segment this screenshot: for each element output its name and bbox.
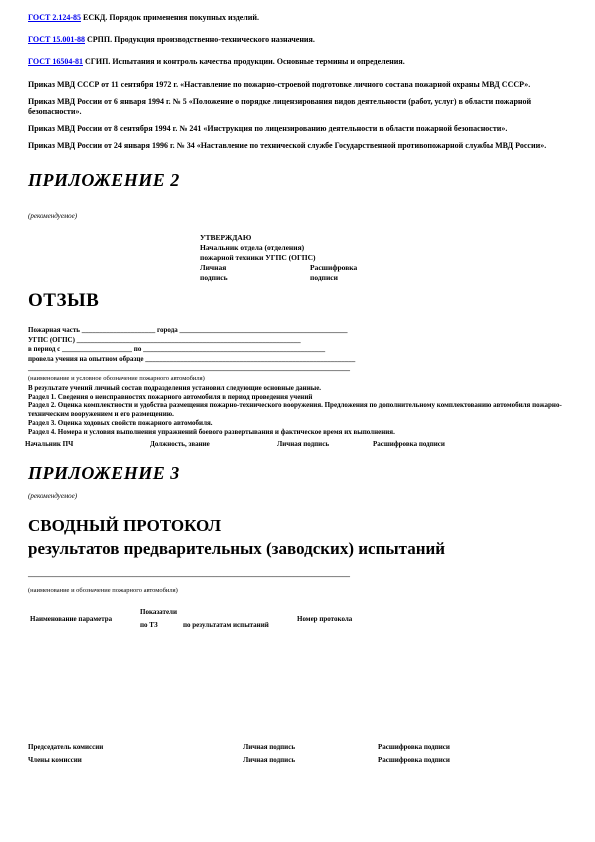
approval-sign-row: Личная Расшифровка (200, 263, 460, 273)
appendix3-title: ПРИЛОЖЕНИЕ 3 (28, 463, 180, 484)
order-paragraph: Приказ МВД России от 24 января 1996 г. №… (28, 141, 573, 151)
members-label: Члены комиссии (28, 756, 82, 764)
signer-role-label: Начальник ПЧ (25, 440, 73, 448)
personal-signature-label: Личная подпись (243, 743, 295, 751)
protocol-heading-line2: результатов предварительных (заводских) … (28, 539, 573, 558)
column-test-results: по результатам испытаний (183, 621, 269, 629)
personal-signature-label: Личная (200, 263, 226, 272)
vehicle-caption: (наименование и условное обозначение пож… (28, 375, 205, 382)
section-1: Раздел 1. Сведения о неисправностях пожа… (28, 393, 576, 402)
gost-2124-link[interactable]: ГОСТ 2.124-85 (28, 13, 81, 22)
approval-stamp: УТВЕРЖДАЮ (200, 233, 460, 243)
column-tz: по ТЗ (140, 621, 158, 629)
form-line-blank: ________________________________________… (28, 364, 580, 374)
protocol-heading-line1: СВОДНЫЙ ПРОТОКОЛ (28, 516, 573, 535)
approval-line: пожарной техники УГПС (ОГПС) (200, 253, 460, 263)
appendix2-title: ПРИЛОЖЕНИЕ 2 (28, 170, 180, 191)
gost-15001-link[interactable]: ГОСТ 15.001-88 (28, 35, 85, 44)
order-paragraph: Приказ МВД СССР от 11 сентября 1972 г. «… (28, 80, 573, 90)
reference-text: ЕСКД. Порядок применения покупных издели… (81, 13, 259, 22)
signature-decode-label: Расшифровка (310, 263, 357, 273)
form-line-fire-station: Пожарная часть _____________________ гор… (28, 326, 580, 336)
form-line-exercise: провела учения на опытном образце ______… (28, 355, 580, 365)
signature-decode-label: Расшифровка подписи (378, 756, 450, 764)
reference-line: ГОСТ 2.124-85 ЕСКД. Порядок применения п… (28, 13, 573, 23)
otzyv-sections: В результате учений личный состав подраз… (28, 384, 576, 436)
appendix2-note: (рекомендуемое) (28, 212, 77, 220)
otzyv-heading: ОТЗЫВ (28, 290, 99, 312)
vehicle-caption: (наименование и обозначение пожарного ав… (28, 587, 178, 594)
signature-decode-label: Расшифровка подписи (378, 743, 450, 751)
personal-signature-label: Личная подпись (243, 756, 295, 764)
approval-block: УТВЕРЖДАЮ Начальник отдела (отделения) п… (200, 233, 460, 283)
otzyv-form: Пожарная часть _____________________ гор… (28, 326, 580, 374)
order-paragraph: Приказ МВД России от 8 сентября 1994 г. … (28, 124, 573, 134)
signature-decode-label: Расшифровка подписи (373, 440, 445, 448)
gost-16504-link[interactable]: ГОСТ 16504-81 (28, 57, 83, 66)
result-paragraph: В результате учений личный состав подраз… (28, 384, 576, 393)
form-line-period: в период с ____________________ по _____… (28, 345, 580, 355)
document-page: ГОСТ 2.124-85 ЕСКД. Порядок применения п… (0, 0, 595, 842)
reference-line: ГОСТ 15.001-88 СРПП. Продукция производс… (28, 35, 573, 45)
column-parameter: Наименование параметра (30, 615, 112, 623)
commission-signature-row: Члены комиссии Личная подпись Расшифровк… (0, 756, 595, 766)
protocol-blank-line: ________________________________________… (28, 570, 350, 578)
reference-text: СГИП. Испытания и контроль качества прод… (83, 57, 405, 66)
order-paragraph: Приказ МВД России от 6 января 1994 г. № … (28, 97, 573, 116)
chairman-label: Председатель комиссии (28, 743, 103, 751)
otzyv-signature-row: Начальник ПЧ Должность, звание Личная по… (0, 440, 595, 450)
form-line-ugps: УГПС (ОГПС) ____________________________… (28, 336, 580, 346)
position-rank-label: Должность, звание (150, 440, 210, 448)
appendix3-note: (рекомендуемое) (28, 492, 77, 500)
signature-decode-label: подписи (310, 273, 338, 283)
approval-line: Начальник отдела (отделения) (200, 243, 460, 253)
section-2: Раздел 2. Оценка комплектности и удобств… (28, 401, 576, 418)
reference-text: СРПП. Продукция производственно-техничес… (85, 35, 315, 44)
column-protocol-number: Номер протокола (297, 615, 352, 623)
personal-signature-label: подпись (200, 273, 228, 282)
commission-signature-row: Председатель комиссии Личная подпись Рас… (0, 743, 595, 753)
reference-line: ГОСТ 16504-81 СГИП. Испытания и контроль… (28, 57, 573, 67)
column-indicators: Показатели (140, 608, 177, 616)
approval-sign-row: подпись подписи (200, 273, 460, 283)
personal-signature-label: Личная подпись (277, 440, 329, 448)
protocol-table-header: Наименование параметра Показатели по ТЗ … (0, 608, 595, 632)
section-3: Раздел 3. Оценка ходовых свойств пожарно… (28, 419, 576, 428)
section-4: Раздел 4. Номера и условия выполнения уп… (28, 428, 576, 437)
